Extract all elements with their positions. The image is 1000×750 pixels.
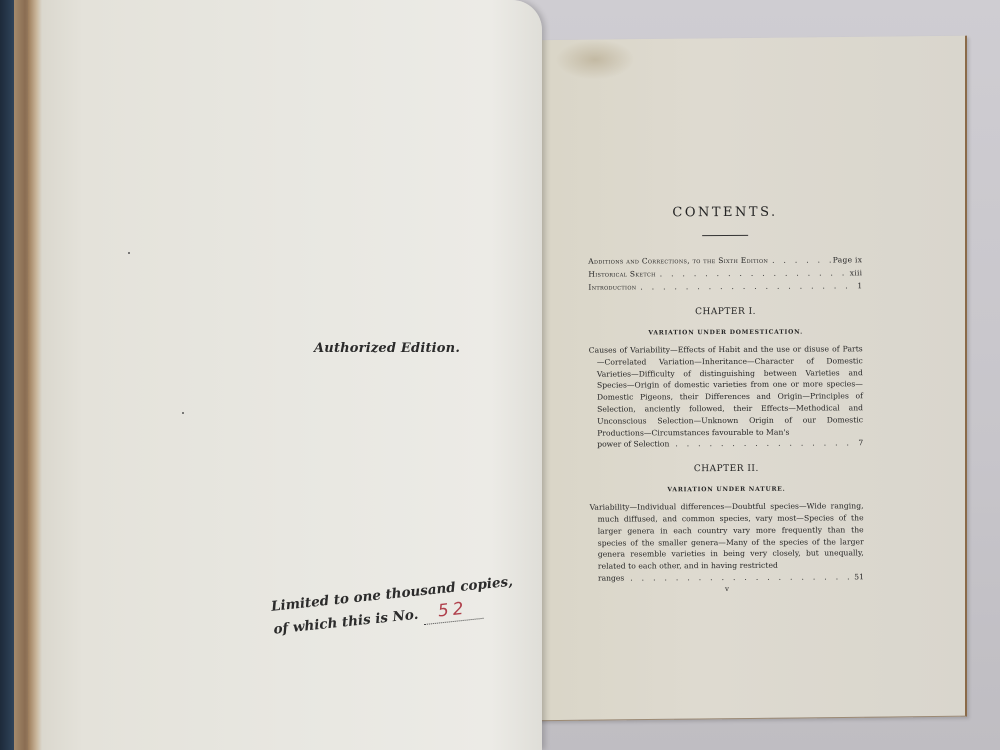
chapter-subtitle: VARIATION UNDER DOMESTICATION. bbox=[589, 328, 863, 336]
toc-entry-page: xiii bbox=[850, 266, 863, 279]
toc-entry-page: Page ix bbox=[833, 253, 863, 266]
signature-mark: v bbox=[590, 584, 864, 593]
leader-dots: .............................. bbox=[669, 438, 858, 451]
chapter-heading: CHAPTER I. bbox=[589, 306, 863, 317]
summary-last-words: power of Selection bbox=[597, 439, 669, 451]
edition-label: Authorized Edition. bbox=[314, 341, 460, 356]
chapter-heading: CHAPTER II. bbox=[589, 463, 863, 474]
chapter-summary-end: power of Selection .....................… bbox=[589, 438, 863, 451]
toc-entry: Introduction ...........................… bbox=[588, 279, 862, 293]
contents-title: CONTENTS. bbox=[588, 204, 862, 220]
chapter-summary-end: ranges .............................. 51 bbox=[590, 571, 864, 584]
paper-speck bbox=[182, 412, 184, 414]
toc-entry-page: 1 bbox=[857, 279, 862, 292]
toc-entry-title: Introduction bbox=[588, 280, 636, 293]
paper-speck bbox=[128, 252, 130, 254]
summary-last-words: ranges bbox=[598, 572, 624, 584]
chapter-subtitle: VARIATION UNDER NATURE. bbox=[589, 485, 863, 493]
toc-entry-title: Historical Sketch bbox=[588, 267, 655, 280]
toc-entry-title: Additions and Corrections, to the Sixth … bbox=[588, 254, 768, 268]
title-rule bbox=[702, 235, 748, 236]
chapter-page: 51 bbox=[854, 571, 864, 583]
chapter-summary: Causes of Variability—Effects of Habit a… bbox=[589, 343, 863, 439]
leader-dots: ....... bbox=[768, 253, 833, 266]
leader-dots: .............................. bbox=[656, 266, 850, 280]
foxing-stain bbox=[555, 39, 635, 80]
chapter-page: 7 bbox=[858, 438, 863, 450]
leader-dots: .............................. bbox=[624, 571, 854, 584]
chapter-summary: Variability—Individual differences—Doubt… bbox=[590, 500, 864, 572]
leader-dots: .............................. bbox=[636, 279, 857, 293]
contents-block: CONTENTS. Additions and Corrections, to … bbox=[588, 204, 864, 593]
